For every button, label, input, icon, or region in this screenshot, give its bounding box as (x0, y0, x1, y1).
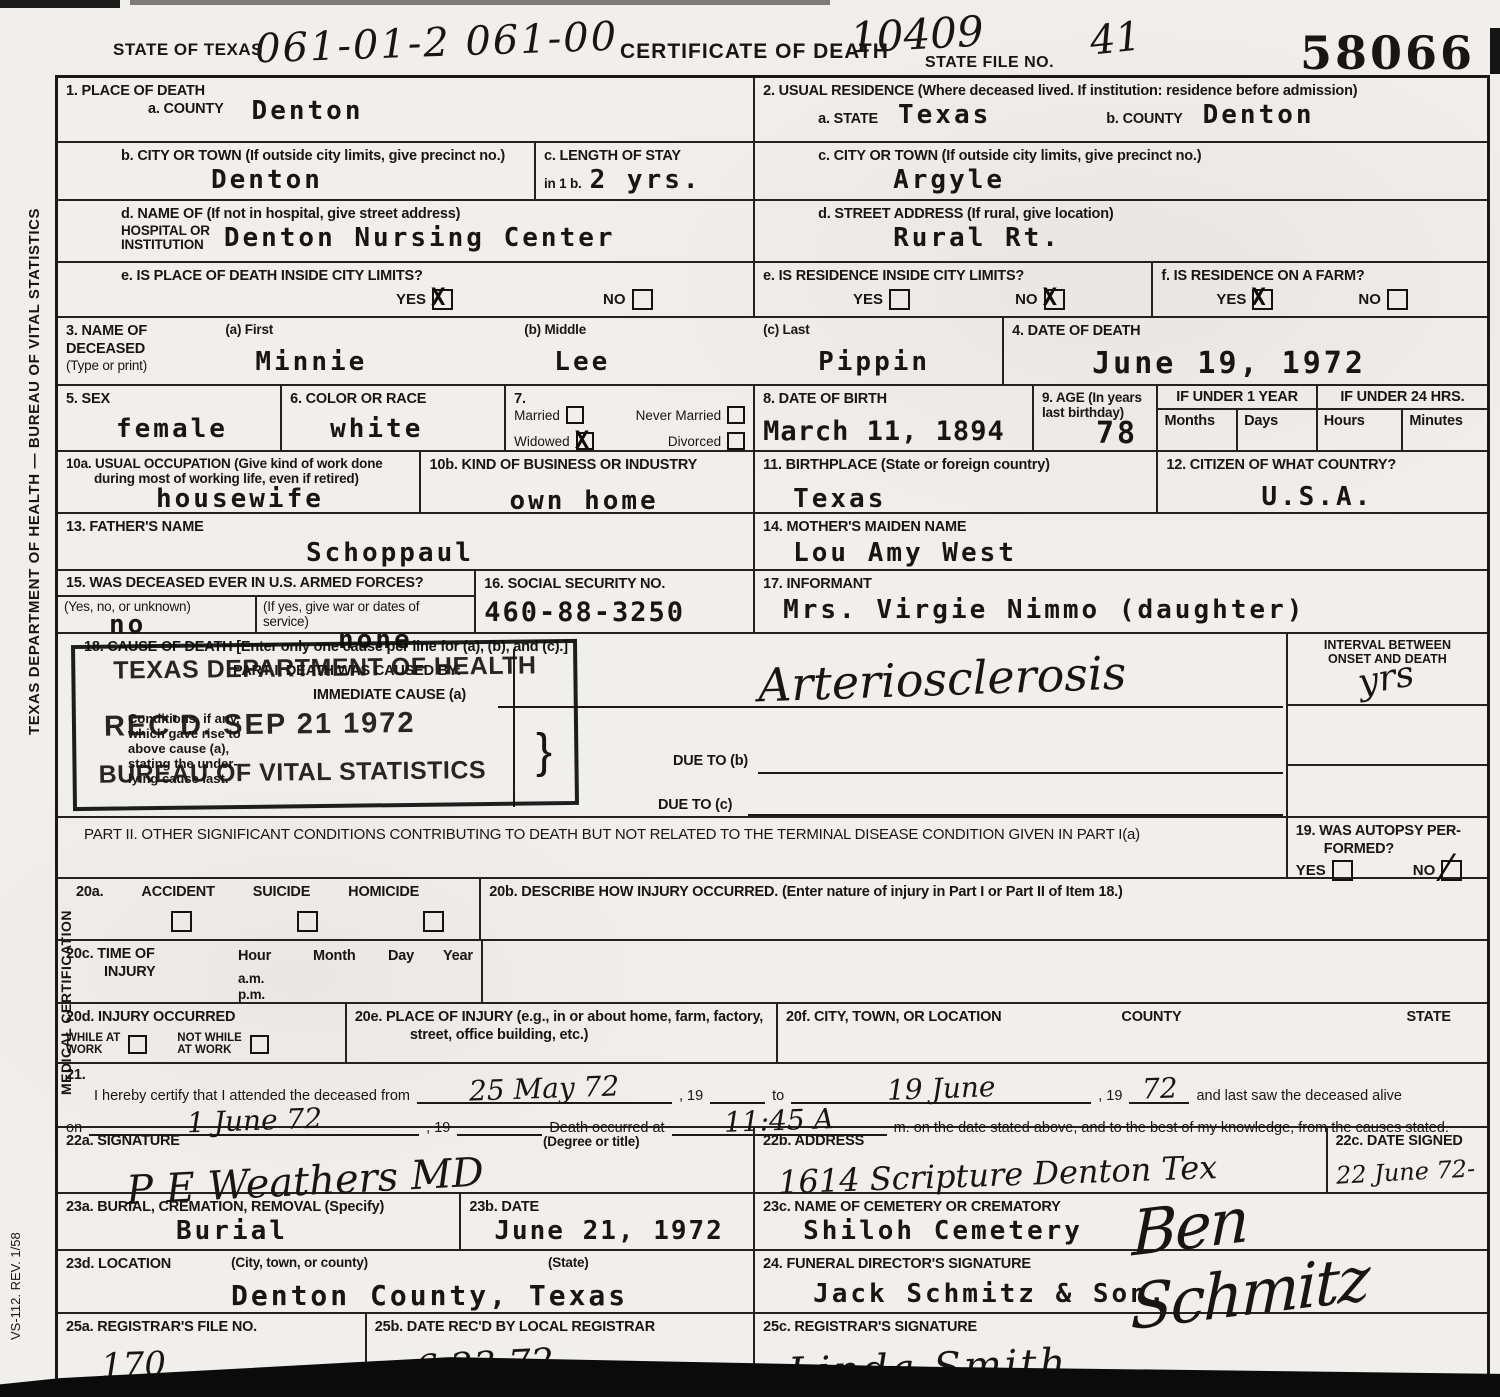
form-row: PART II. OTHER SIGNIFICANT CONDITIONS CO… (58, 818, 1487, 879)
birthplace-label: 11. BIRTHPLACE (State or foreign country… (763, 456, 1148, 474)
field-length-of-stay: c. LENGTH OF STAY in 1 b. 2 yrs. (536, 143, 755, 199)
field-color-or-race: 6. COLOR OR RACE white (282, 386, 506, 450)
field-burial-type: 23a. BURIAL, CREMATION, REMOVAL (Specify… (58, 1194, 461, 1249)
no-label: NO (1413, 862, 1436, 879)
age-value: 78 (1096, 416, 1138, 451)
deceased-label-2: DECEASED (66, 340, 209, 358)
field-usual-residence: 2. USUAL RESIDENCE (Where deceased lived… (755, 78, 1487, 141)
form-row: b. CITY OR TOWN (If outside city limits,… (58, 143, 1487, 201)
certificate-header: STATE OF TEXAS 061-01-2 061-00 CERTIFICA… (55, 18, 1490, 75)
form-row: d. NAME OF (If not in hospital, give str… (58, 201, 1487, 263)
residence-city-label: c. CITY OR TOWN (If outside city limits,… (818, 147, 1479, 165)
last-name-label: (c) Last (763, 322, 994, 337)
field-autopsy: 19. WAS AUTOPSY PER- FORMED? YES NO∕ (1288, 818, 1487, 877)
location-value: Denton County, Texas (231, 1279, 745, 1312)
residence-state-label: a. STATE (818, 110, 878, 128)
stamp-line-1: TEXAS DEPARTMENT OF HEALTH (113, 651, 537, 685)
field-sex: 5. SEX female (58, 386, 282, 450)
not-while-at-work-label-1: NOT WHILE (177, 1032, 242, 1044)
occupation-value: housewife (156, 484, 411, 514)
form-row: 15. WAS DECEASED EVER IN U.S. ARMED FORC… (58, 571, 1487, 634)
state-file-no-label: STATE FILE NO. (925, 54, 1054, 72)
date-signed-label: 22c. DATE SIGNED (1336, 1132, 1479, 1150)
burial-date-label: 23b. DATE (469, 1198, 745, 1216)
accident-label: ACCIDENT (141, 883, 214, 901)
citizen-label: 12. CITIZEN OF WHAT COUNTRY? (1166, 456, 1479, 474)
minutes-label: Minutes (1403, 410, 1487, 450)
field-time-of-injury: 20c. TIME OF INJURY Hour Month Day Year … (58, 941, 483, 1002)
describe-injury-label: 20b. DESCRIBE HOW INJURY OCCURRED. (Ente… (489, 883, 1479, 901)
no-label: NO (1358, 291, 1381, 308)
homicide-label: HOMICIDE (348, 883, 419, 901)
field-burial-date: 23b. DATE June 21, 1972 (461, 1194, 755, 1249)
homicide-checkbox (423, 911, 444, 932)
certify-fill-blank (710, 1080, 765, 1104)
certify-text-1: I hereby certify that I attended the dec… (94, 1088, 410, 1104)
sex-value: female (116, 414, 272, 444)
death-certificate-scan: TEXAS DEPARTMENT OF HEALTH — BUREAU OF V… (0, 0, 1500, 1397)
field-marital-status: 7. Married Never Married WidowedX Divorc… (506, 386, 755, 450)
certify-fill-to: 19 June (791, 1080, 1091, 1104)
year-label: Year (443, 947, 473, 965)
field-date-of-death: 4. DATE OF DEATH June 19, 1972 (1004, 318, 1487, 384)
residence-county-label: b. COUNTY (1106, 110, 1182, 128)
field-interval-onset-death: INTERVAL BETWEEN ONSET AND DEATH yrs (1288, 634, 1487, 816)
last-name-value: Pippin (818, 347, 994, 377)
state-of-texas-label: STATE OF TEXAS (113, 40, 263, 60)
residence-county-value: Denton (1203, 100, 1315, 130)
county-label: a. COUNTY (148, 100, 224, 126)
residence-city-limits-no-checkbox: X (1044, 289, 1065, 310)
certify-text-3: to (772, 1088, 784, 1104)
checkbox-mark: X (1043, 283, 1057, 311)
day-label: Day (388, 947, 414, 965)
autopsy-label-2: FORMED? (1324, 840, 1479, 858)
interval-empty-row (1288, 766, 1487, 824)
interval-empty-row (1288, 706, 1487, 766)
scan-artifact-top-2 (130, 0, 830, 5)
form-row: 10a. USUAL OCCUPATION (Give kind of work… (58, 452, 1487, 514)
field-usual-occupation: 10a. USUAL OCCUPATION (Give kind of work… (58, 452, 421, 512)
never-married-checkbox (727, 406, 745, 424)
injury-city-label: 20f. CITY, TOWN, OR LOCATION (786, 1008, 1001, 1026)
yes-label: YES (1216, 291, 1246, 308)
checkbox-mark: X (431, 283, 445, 311)
mothers-name-value: Lou Amy West (793, 538, 1479, 568)
field-age: 9. AGE (In years last birthday) 78 (1034, 386, 1159, 450)
street-address-value: Rural Rt. (893, 223, 1479, 253)
residence-state-value: Texas (898, 100, 991, 130)
business-value: own home (509, 486, 745, 516)
length-of-stay-value: 2 yrs. (590, 165, 702, 195)
section2-label: 2. USUAL RESIDENCE (Where deceased lived… (763, 82, 1479, 100)
business-label: 10b. KIND OF BUSINESS OR INDUSTRY (429, 456, 745, 474)
checkbox-mark: X (575, 426, 589, 454)
field-burial-location: 23d. LOCATION (City, town, or county) (S… (58, 1251, 755, 1312)
field-date-of-birth: 8. DATE OF BIRTH March 11, 1894 (755, 386, 1034, 450)
location-sublabel-city: (City, town, or county) (231, 1255, 368, 1273)
hospital-label-3: INSTITUTION (121, 238, 210, 252)
cause-c-line (748, 814, 1283, 816)
injury-county-label: COUNTY (1121, 1008, 1181, 1026)
field-if-under-24-hrs: IF UNDER 24 HRS. Hours Minutes (1318, 386, 1487, 450)
certify-fill-year: 72 (1129, 1080, 1189, 1104)
field-hospital-name: d. NAME OF (If not in hospital, give str… (58, 201, 755, 261)
days-label: Days (1238, 410, 1316, 450)
certificate-title: CERTIFICATE OF DEATH (620, 40, 889, 64)
form-row: 5. SEX female 6. COLOR OR RACE white 7. … (58, 386, 1487, 452)
field-citizen-of: 12. CITIZEN OF WHAT COUNTRY? U.S.A. (1158, 452, 1487, 512)
suicide-checkbox (297, 911, 318, 932)
no-label: NO (1015, 291, 1038, 308)
suicide-label: SUICIDE (253, 883, 310, 901)
am-label: a.m. (238, 971, 264, 986)
certify-hw-from: 25 May 72 (469, 1069, 620, 1107)
divorced-checkbox (727, 432, 745, 450)
residence-farm-yes-checkbox: X (1252, 289, 1273, 310)
dob-value: March 11, 1894 (763, 416, 1024, 447)
yes-label: YES (1296, 862, 1326, 879)
margin-form-code: VS-112. REV. 1/58 (8, 1170, 23, 1340)
birthplace-value: Texas (793, 484, 1148, 514)
field-city-of-death: b. CITY OR TOWN (If outside city limits,… (58, 143, 536, 199)
field-injury-city-county-state: 20f. CITY, TOWN, OR LOCATION COUNTY STAT… (778, 1004, 1487, 1062)
date-of-death-value: June 19, 1972 (1092, 346, 1479, 381)
deceased-label-1: 3. NAME OF (66, 322, 209, 340)
occupation-label-1: 10a. USUAL OCCUPATION (Give kind of work… (66, 456, 411, 471)
field-place-of-death-county: 1. PLACE OF DEATH a. COUNTY Denton (58, 78, 755, 141)
certify-hw-year: 72 (1141, 1071, 1178, 1105)
field-fathers-name: 13. FATHER'S NAME Schoppaul (58, 514, 755, 569)
informant-label: 17. INFORMANT (763, 575, 1479, 593)
under-24-hrs-label: IF UNDER 24 HRS. (1318, 386, 1487, 410)
not-while-at-work-label-2: AT WORK (177, 1044, 242, 1056)
location-label: 23d. LOCATION (66, 1255, 171, 1273)
margin-department-label: TEXAS DEPARTMENT OF HEALTH — BUREAU OF V… (26, 195, 43, 735)
armed-forces-label: 15. WAS DECEASED EVER IN U.S. ARMED FORC… (58, 571, 474, 597)
not-while-at-work-checkbox (250, 1035, 269, 1054)
yes-label: YES (396, 291, 426, 308)
divorced-label: Divorced (668, 434, 721, 449)
hospital-label: d. NAME OF (If not in hospital, give str… (121, 205, 745, 223)
ssn-value: 460-88-3250 (484, 597, 745, 628)
injury-state-label: STATE (1406, 1008, 1450, 1026)
certify-text-5: and last saw the deceased alive (1196, 1088, 1402, 1104)
item20a-label: 20a. (76, 883, 103, 901)
received-stamp: TEXAS DEPARTMENT OF HEALTH REC'D. SEP 21… (71, 639, 579, 811)
certify-text-2: , 19 (679, 1088, 703, 1104)
burial-date-value: June 21, 1972 (494, 1216, 745, 1246)
form-row: 13. FATHER'S NAME Schoppaul 14. MOTHER'S… (58, 514, 1487, 571)
middle-name-label: (b) Middle (524, 322, 747, 337)
part2-label: PART II. OTHER SIGNIFICANT CONDITIONS CO… (84, 826, 1278, 845)
field-describe-injury: 20b. DESCRIBE HOW INJURY OCCURRED. (Ente… (481, 879, 1487, 939)
no-label: NO (603, 291, 626, 308)
form-row: 18. CAUSE OF DEATH [Enter only one cause… (58, 634, 1487, 818)
field-physician-certification: 21. I hereby certify that I attended the… (58, 1064, 1487, 1126)
while-at-work-label-1: WHILE AT (66, 1032, 120, 1044)
married-checkbox (566, 406, 584, 424)
field-residence-on-farm: f. IS RESIDENCE ON A FARM? YESX NO (1153, 263, 1487, 316)
under-1-year-label: IF UNDER 1 YEAR (1158, 386, 1315, 410)
accident-checkbox (171, 911, 192, 932)
residence-city-limits-yes-checkbox (889, 289, 910, 310)
injury-occurred-label: 20d. INJURY OCCURRED (66, 1008, 337, 1026)
item21-label: 21. (66, 1066, 86, 1084)
informant-value: Mrs. Virgie Nimmo (daughter) (783, 595, 1479, 625)
form-row: 20a. ACCIDENT SUICIDE HOMICIDE 20b. DESC… (58, 879, 1487, 941)
race-value: white (330, 414, 496, 444)
mothers-name-label: 14. MOTHER'S MAIDEN NAME (763, 518, 1479, 536)
burial-value: Burial (176, 1216, 451, 1246)
residence-farm-label: f. IS RESIDENCE ON A FARM? (1161, 267, 1479, 285)
place-of-injury-label-2: street, office building, etc.) (410, 1026, 768, 1044)
stamp-line-3: BUREAU OF VITAL STATISTICS (98, 756, 486, 790)
hospital-label-2: HOSPITAL OR (121, 224, 210, 238)
widowed-label: Widowed (514, 434, 570, 449)
field-middle-name: (b) Middle Lee (471, 318, 755, 384)
handwritten-file-number-2: 41 (1088, 13, 1143, 64)
form-row: 21. I hereby certify that I attended the… (58, 1064, 1487, 1128)
form-row: e. IS PLACE OF DEATH INSIDE CITY LIMITS?… (58, 263, 1487, 318)
residence-farm-no-checkbox (1387, 289, 1408, 310)
field-first-name: (a) First Minnie (217, 318, 471, 384)
dob-label: 8. DATE OF BIRTH (763, 390, 1024, 408)
field-cause-of-death: 18. CAUSE OF DEATH [Enter only one cause… (58, 634, 1288, 816)
due-to-c-label: DUE TO (c) (658, 796, 732, 814)
field-informant: 17. INFORMANT Mrs. Virgie Nimmo (daughte… (755, 571, 1487, 632)
race-label: 6. COLOR OR RACE (290, 390, 496, 408)
scan-artifact-right (1490, 28, 1500, 74)
field-place-of-injury: 20e. PLACE OF INJURY (e.g., in or about … (347, 1004, 778, 1062)
city-of-death-value: Denton (211, 165, 526, 195)
field-residence-inside-city-limits: e. IS RESIDENCE INSIDE CITY LIMITS? YES … (755, 263, 1153, 316)
checkbox-mark: X (1251, 283, 1265, 311)
field-injury-empty (483, 941, 1487, 1002)
death-city-limits-no-checkbox (632, 289, 653, 310)
county-value: Denton (252, 96, 364, 126)
form-row: 1. PLACE OF DEATH a. COUNTY Denton 2. US… (58, 78, 1487, 143)
autopsy-label-1: 19. WAS AUTOPSY PER- (1296, 822, 1479, 840)
section1-label: 1. PLACE OF DEATH (66, 82, 745, 100)
married-label: Married (514, 408, 560, 423)
yes-label: YES (853, 291, 883, 308)
first-name-value: Minnie (255, 347, 463, 377)
ssn-label: 16. SOCIAL SECURITY NO. (484, 575, 745, 593)
length-of-stay-label: c. LENGTH OF STAY (544, 147, 745, 165)
registrar-file-label: 25a. REGISTRAR'S FILE NO. (66, 1318, 357, 1336)
date-of-death-label: 4. DATE OF DEATH (1012, 322, 1479, 340)
field-social-security-no: 16. SOCIAL SECURITY NO. 460-88-3250 (476, 571, 755, 632)
residence-city-limits-label: e. IS RESIDENCE INSIDE CITY LIMITS? (763, 267, 1143, 285)
field-if-under-1-year: IF UNDER 1 YEAR Months Days (1158, 386, 1317, 450)
field-birthplace: 11. BIRTHPLACE (State or foreign country… (755, 452, 1158, 512)
residence-city-value: Argyle (893, 165, 1479, 195)
pm-label: p.m. (238, 987, 265, 1002)
handwritten-codes: 061-01-2 061-00 (254, 14, 619, 73)
signature-label: 22a. SIGNATURE (66, 1133, 180, 1149)
length-of-stay-sublabel: in 1 b. (544, 176, 582, 191)
while-at-work-checkbox (128, 1035, 147, 1054)
fathers-name-value: Schoppaul (306, 538, 745, 568)
field-kind-of-business: 10b. KIND OF BUSINESS OR INDUSTRY own ho… (421, 452, 755, 512)
deceased-label-3: (Type or print) (66, 358, 209, 373)
hospital-value: Denton Nursing Center (224, 223, 616, 253)
age-label-1: 9. AGE (In years (1042, 390, 1149, 405)
due-to-b-label: DUE TO (b) (673, 752, 748, 770)
field-last-name: (c) Last Pippin (755, 318, 1004, 384)
interval-handwritten: yrs (1355, 653, 1417, 703)
certify-hw-to: 19 June (887, 1070, 996, 1107)
certify-fill-from: 25 May 72 (417, 1080, 672, 1104)
burial-label: 23a. BURIAL, CREMATION, REMOVAL (Specify… (66, 1198, 451, 1216)
months-label: Months (1158, 410, 1238, 450)
stamp-line-2: REC'D. SEP 21 1972 (104, 707, 416, 744)
field-armed-forces: 15. WAS DECEASED EVER IN U.S. ARMED FORC… (58, 571, 476, 632)
cause-a-handwritten: Arteriosclerosis (757, 646, 1127, 713)
field-mothers-maiden-name: 14. MOTHER'S MAIDEN NAME Lou Amy West (755, 514, 1487, 569)
field-name-of-deceased-label: 3. NAME OF DECEASED (Type or print) (58, 318, 217, 384)
sex-label: 5. SEX (66, 390, 272, 408)
while-at-work-label-2: WORK (66, 1044, 120, 1056)
field-injury-occurred: 20d. INJURY OCCURRED WHILE AT WORK NOT W… (58, 1004, 347, 1062)
middle-name-value: Lee (554, 347, 747, 377)
citizen-value: U.S.A. (1261, 482, 1479, 512)
scan-artifact-top (0, 0, 120, 8)
form-row: 3. NAME OF DECEASED (Type or print) (a) … (58, 318, 1487, 386)
fathers-name-label: 13. FATHER'S NAME (66, 518, 745, 536)
form-row: 20d. INJURY OCCURRED WHILE AT WORK NOT W… (58, 1004, 1487, 1064)
time-of-injury-label-2: INJURY (104, 963, 473, 981)
certify-text-4: , 19 (1098, 1088, 1122, 1104)
form-row: 20c. TIME OF INJURY Hour Month Day Year … (58, 941, 1487, 1004)
street-address-label: d. STREET ADDRESS (If rural, give locati… (818, 205, 1479, 223)
widowed-checkbox: X (576, 432, 594, 450)
death-city-limits-yes-checkbox: X (432, 289, 453, 310)
first-name-label: (a) First (225, 322, 463, 337)
location-sublabel-state: (State) (548, 1255, 589, 1273)
field-part2-conditions: PART II. OTHER SIGNIFICANT CONDITIONS CO… (58, 818, 1288, 877)
place-of-injury-label-1: 20e. PLACE OF INJURY (e.g., in or about … (355, 1008, 768, 1026)
cause-b-line (758, 772, 1283, 774)
certificate-number-stamp: 58066 (1300, 26, 1475, 80)
city-of-death-label: b. CITY OR TOWN (If outside city limits,… (121, 147, 526, 165)
field-accident-suicide-homicide: 20a. ACCIDENT SUICIDE HOMICIDE (58, 879, 481, 939)
month-label: Month (313, 947, 355, 965)
hour-label: Hour (238, 947, 271, 965)
interval-label-1: INTERVAL BETWEEN (1294, 638, 1481, 652)
field-street-address: d. STREET ADDRESS (If rural, give locati… (755, 201, 1487, 261)
field-residence-city: c. CITY OR TOWN (If outside city limits,… (755, 143, 1487, 199)
field-physician-signature: 22a. SIGNATURE (Degree or title) P E Wea… (58, 1128, 755, 1192)
field-death-inside-city-limits: e. IS PLACE OF DEATH INSIDE CITY LIMITS?… (58, 263, 755, 316)
never-married-label: Never Married (636, 408, 722, 423)
hours-label: Hours (1318, 410, 1404, 450)
